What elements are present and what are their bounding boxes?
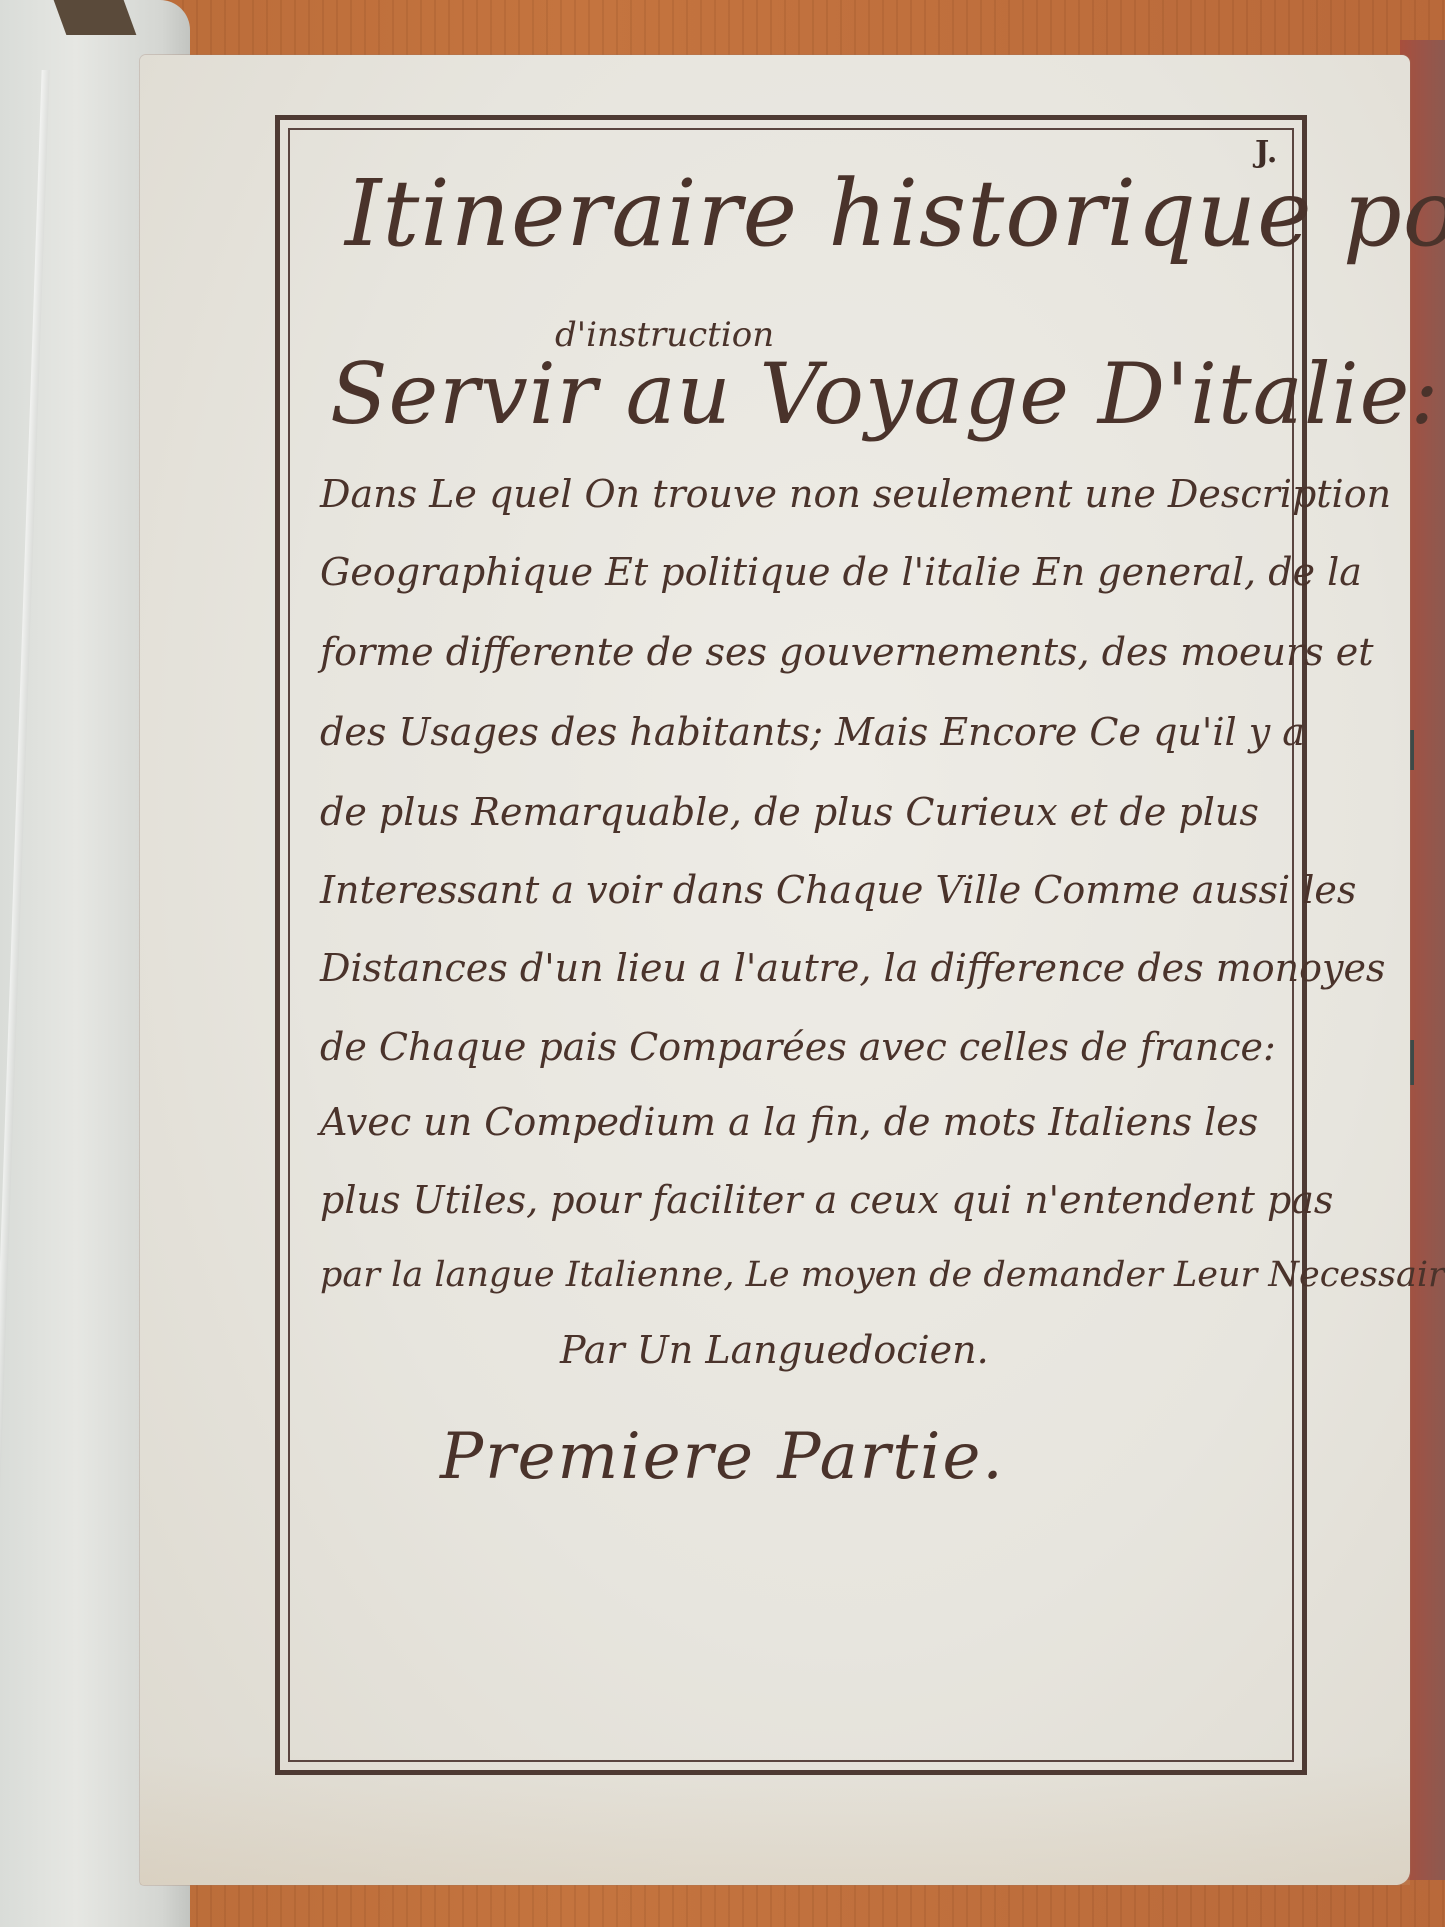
body-line: Avec un Compedium a la fin, de mots Ital… — [320, 1100, 1258, 1144]
body-line: des Usages des habitants; Mais Encore Ce… — [320, 710, 1305, 754]
page-crease — [0, 70, 50, 1770]
body-line: Interessant a voir dans Chaque Ville Com… — [320, 868, 1356, 912]
book-spine-fragment — [54, 0, 137, 35]
body-line: Geographique Et politique de l'italie En… — [320, 550, 1362, 594]
body-line: de Chaque pais Comparées avec celles de … — [320, 1025, 1276, 1069]
title-line-1: Itineraire historique pour — [345, 160, 1445, 267]
body-line: par la langue Italienne, Le moyen de dem… — [320, 1255, 1445, 1295]
body-line: de plus Remarquable, de plus Curieux et … — [320, 790, 1259, 834]
body-line: plus Utiles, pour faciliter a ceux qui n… — [320, 1178, 1333, 1222]
title-line-2: Servir au Voyage D'italie: — [330, 345, 1440, 443]
body-line: forme differente de ses gouvernements, d… — [320, 630, 1373, 674]
body-line: Distances d'un lieu a l'autre, la differ… — [320, 946, 1385, 990]
body-line: Dans Le quel On trouve non seulement une… — [320, 472, 1391, 516]
section-heading: Premiere Partie. — [440, 1420, 1005, 1494]
author-signature: Par Un Languedocien. — [560, 1328, 989, 1372]
